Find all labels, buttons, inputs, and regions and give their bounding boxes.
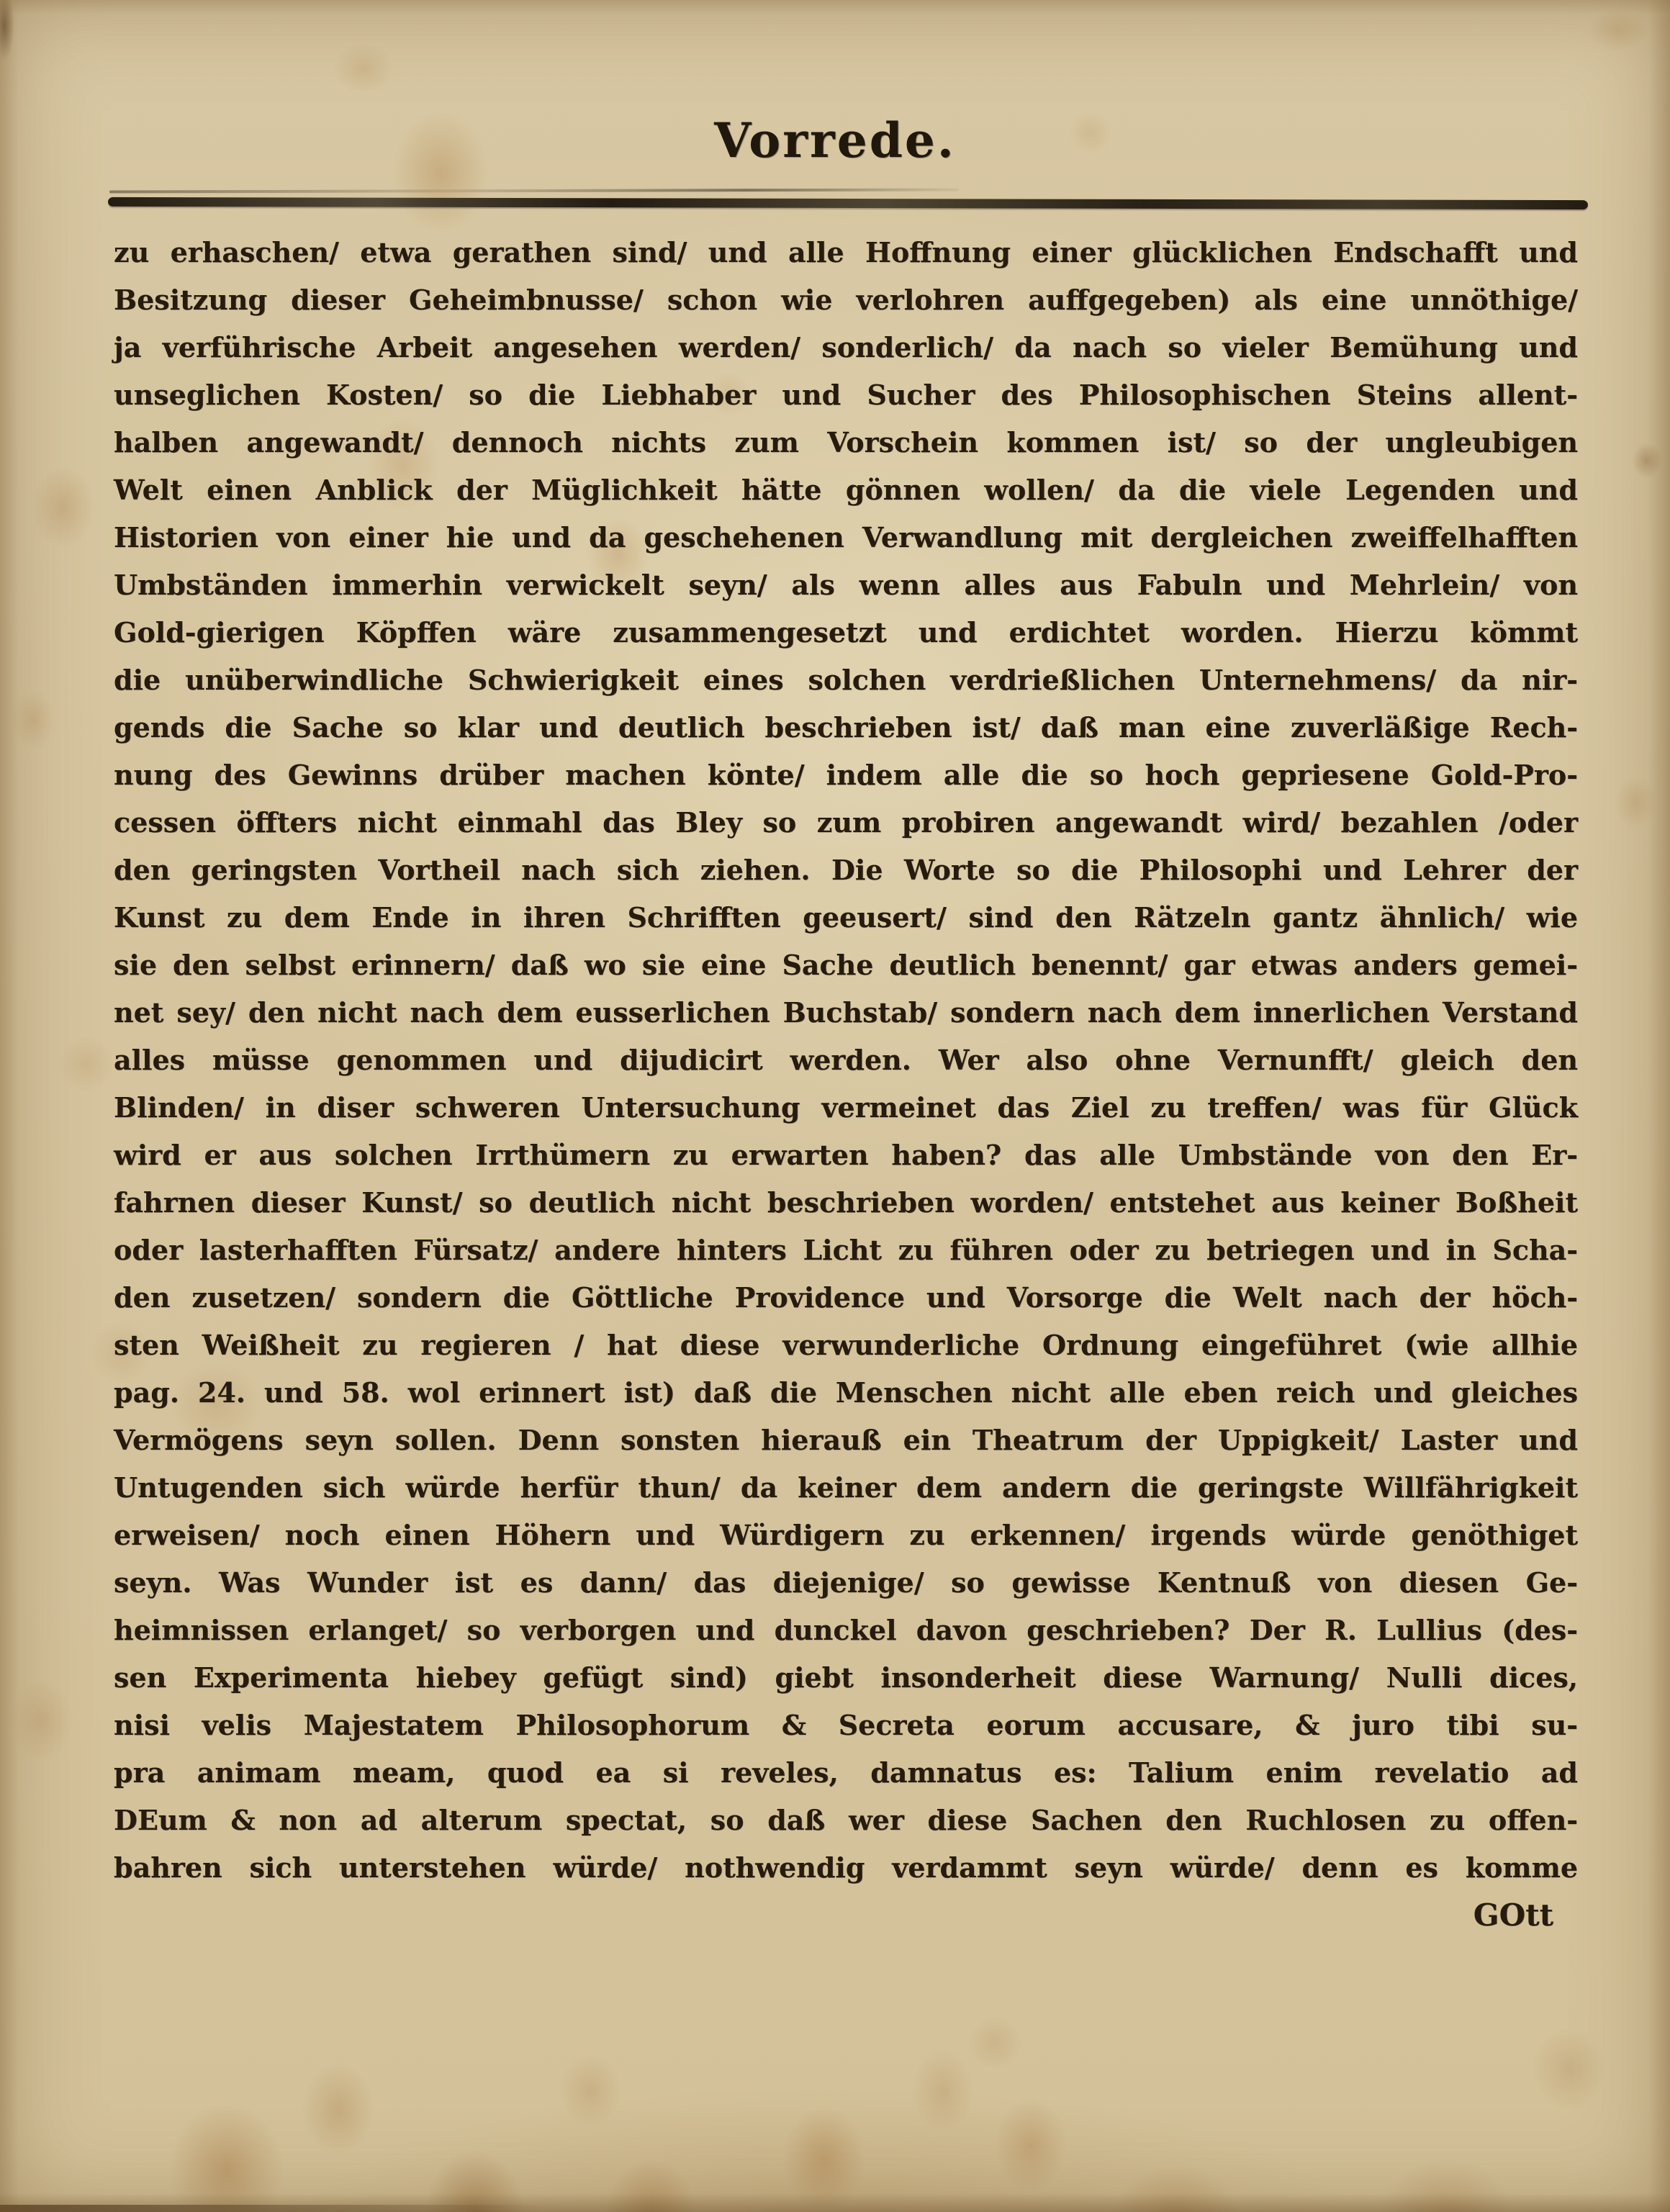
text-line: Welt einen Anblick der Müglichkeit hätte… <box>114 466 1578 514</box>
text-line: nung des Gewinns drüber machen könte/ in… <box>114 751 1578 799</box>
text-line: gends die Sache so klar und deutlich bes… <box>114 704 1578 751</box>
text-line: fahrnen dieser Kunst/ so deutlich nicht … <box>114 1179 1578 1227</box>
text-line: sen Experimenta hiebey gefügt sind) gieb… <box>114 1654 1578 1702</box>
text-line: Kunst zu dem Ende in ihren Schrifften ge… <box>114 894 1578 942</box>
text-line: unseglichen Kosten/ so die Liebhaber und… <box>114 371 1578 419</box>
scan-edge-shadow <box>0 2205 547 2212</box>
catchword: GOtt <box>114 1892 1578 1939</box>
text-line: pag. 24. und 58. wol erinnert ist) daß d… <box>114 1369 1578 1417</box>
text-line: Blinden/ in diser schweren Untersuchung … <box>114 1084 1578 1132</box>
text-line: den geringsten Vortheil nach sich ziehen… <box>114 847 1578 894</box>
page-title: Vorrede. <box>0 112 1670 168</box>
text-line: seyn. Was Wunder ist es dann/ das diejen… <box>114 1559 1578 1607</box>
text-line: erweisen/ noch einen Höhern und Würdiger… <box>114 1512 1578 1559</box>
header-rule <box>108 197 1588 209</box>
text-line: sten Weißheit zu regieren / hat diese ve… <box>114 1322 1578 1369</box>
header-rule-faint <box>109 188 959 193</box>
text-line: alles müsse genommen und dijudicirt werd… <box>114 1037 1578 1084</box>
text-line: halben angewandt/ dennoch nichts zum Vor… <box>114 419 1578 466</box>
scanned-book-page: Vorrede. zu erhaschen/ etwa gerathen sin… <box>0 0 1670 2212</box>
text-line: Vermögens seyn sollen. Denn sonsten hier… <box>114 1417 1578 1464</box>
text-line: heimnissen erlanget/ so verborgen und du… <box>114 1607 1578 1654</box>
text-line: DEum & non ad alterum spectat, so daß we… <box>114 1797 1578 1844</box>
text-line: nisi velis Majestatem Philosophorum & Se… <box>114 1702 1578 1749</box>
text-line: cessen öffters nicht einmahl das Bley so… <box>114 799 1578 847</box>
body-text: zu erhaschen/ etwa gerathen sind/ und al… <box>114 229 1578 1939</box>
text-line: sie den selbst erinnern/ daß wo sie eine… <box>114 942 1578 989</box>
text-line: Gold-gierigen Köpffen wäre zusammengeset… <box>114 609 1578 656</box>
text-line: Umbständen immerhin verwickelt seyn/ als… <box>114 561 1578 609</box>
text-line: ja verführische Arbeit angesehen werden/… <box>114 324 1578 371</box>
text-line: Historien von einer hie und da geschehen… <box>114 514 1578 561</box>
text-line: Untugenden sich würde herfür thun/ da ke… <box>114 1464 1578 1512</box>
text-line: bahren sich unterstehen würde/ nothwendi… <box>114 1844 1578 1892</box>
text-line: den zusetzen/ sondern die Göttliche Prov… <box>114 1274 1578 1322</box>
text-line: wird er aus solchen Irrthümern zu erwart… <box>114 1132 1578 1179</box>
text-line: die unüberwindliche Schwierigkeit eines … <box>114 656 1578 704</box>
text-line: zu erhaschen/ etwa gerathen sind/ und al… <box>114 229 1578 276</box>
text-line: net sey/ den nicht nach dem eusserlichen… <box>114 989 1578 1037</box>
text-line: Besitzung dieser Geheimbnusse/ schon wie… <box>114 276 1578 324</box>
text-line: pra animam meam, quod ea si reveles, dam… <box>114 1749 1578 1797</box>
text-line: oder lasterhafften Fürsatz/ andere hinte… <box>114 1227 1578 1274</box>
